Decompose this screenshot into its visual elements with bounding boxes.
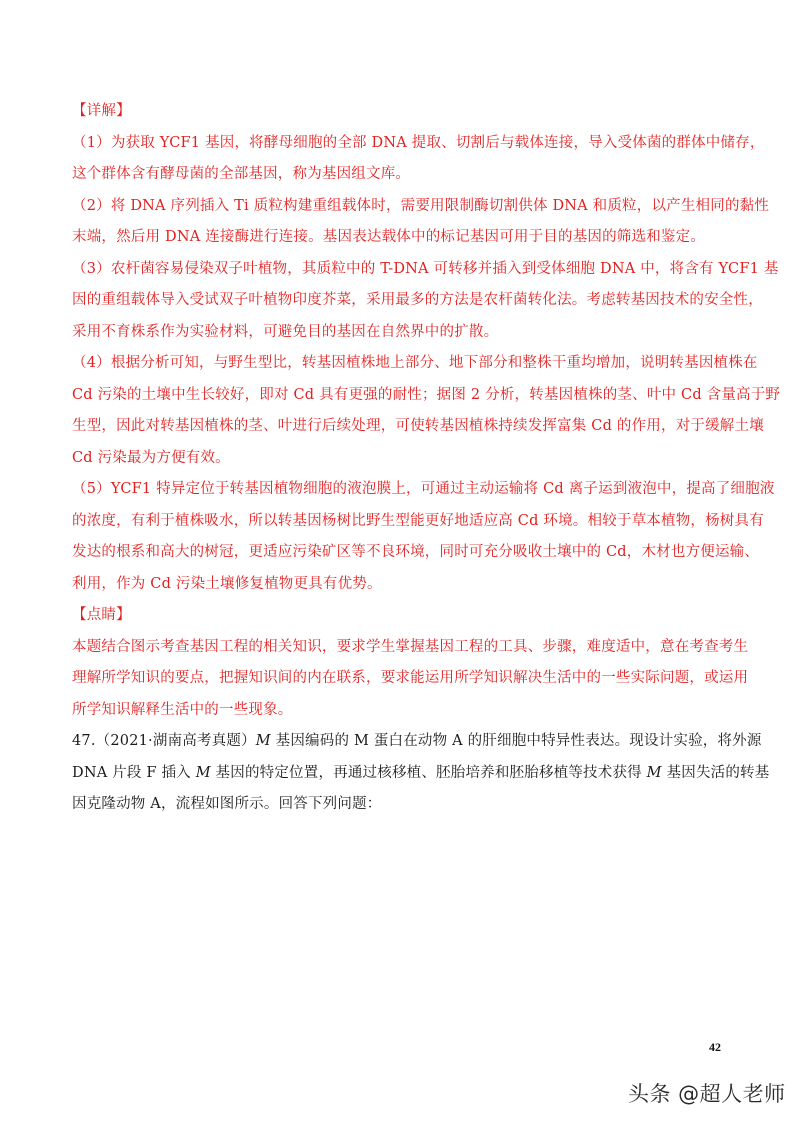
commentary-body: 本题结合图示考查基因工程的相关知识，要求学生掌握基因工程的工具、步骤，难度适中，…	[72, 632, 724, 727]
question-text: 基因失活的转基	[662, 765, 770, 781]
question-line: 47.（2021·湖南高考真题）M 基因编码的 M 蛋白在动物 A 的肝细胞中特…	[72, 726, 724, 758]
explanation-heading: 【详解】	[72, 96, 724, 128]
explanation-line: （1）为获取 YCF1 基因，将酵母细胞的全部 DNA 提取、切割后与载体连接，…	[72, 128, 724, 160]
explanation-line: （4）根据分析可知，与野生型比，转基因植株地上部分、地下部分和整株干重均增加，说…	[72, 348, 724, 380]
explanation-line: 采用不育株系作为实验材料，可避免目的基因在自然界中的扩散。	[72, 317, 724, 349]
gene-symbol-m: M	[647, 765, 662, 781]
question-47: 47.（2021·湖南高考真题）M 基因编码的 M 蛋白在动物 A 的肝细胞中特…	[72, 726, 724, 821]
commentary-line: 理解所学知识的要点，把握知识间的内在联系，要求能运用所学知识解决生活中的一些实际…	[72, 663, 724, 695]
commentary-line: 本题结合图示考查基因工程的相关知识，要求学生掌握基因工程的工具、步骤，难度适中，…	[72, 632, 724, 664]
explanation-line: 这个群体含有酵母菌的全部基因，称为基因组文库。	[72, 159, 724, 191]
commentary-heading: 【点睛】	[72, 600, 724, 632]
explanation-line: 末端，然后用 DNA 连接酶进行连接。基因表达载体中的标记基因可用于目的基因的筛…	[72, 222, 724, 254]
gene-symbol-m: M	[196, 765, 211, 781]
page-content: 【详解】 （1）为获取 YCF1 基因，将酵母细胞的全部 DNA 提取、切割后与…	[72, 96, 724, 821]
explanation-line: Cd 污染最为方便有效。	[72, 443, 724, 475]
explanation-line: （2）将 DNA 序列插入 Ti 质粒构建重组载体时，需要用限制酶切割供体 DN…	[72, 191, 724, 223]
explanation-line: 生型，因此对转基因植株的茎、叶进行后续处理，可使转基因植株持续发挥富集 Cd 的…	[72, 411, 724, 443]
explanation-line: Cd 污染的土壤中生长较好，即对 Cd 具有更强的耐性；据图 2 分析，转基因植…	[72, 380, 724, 412]
watermark: 头条 @超人老师	[628, 1078, 786, 1108]
question-text: 基因编码的 M 蛋白在动物 A 的肝细胞中特异性表达。现设计实验，将外源	[271, 733, 762, 749]
question-line: 因克隆动物 A，流程如图所示。回答下列问题：	[72, 789, 724, 821]
explanation-line: 发达的根系和高大的树冠，更适应污染矿区等不良环境，同时可充分吸收土壤中的 Cd，…	[72, 537, 724, 569]
explanation-body: （1）为获取 YCF1 基因，将酵母细胞的全部 DNA 提取、切割后与载体连接，…	[72, 128, 724, 601]
explanation-line: 因的重组载体导入受试双子叶植物印度芥菜，采用最多的方法是农杆菌转化法。考虑转基因…	[72, 285, 724, 317]
explanation-line: （5）YCF1 特异定位于转基因植物细胞的液泡膜上，可通过主动运输将 Cd 离子…	[72, 474, 724, 506]
explanation-line: （3）农杆菌容易侵染双子叶植物，其质粒中的 T-DNA 可转移并插入到受体细胞 …	[72, 254, 724, 286]
gene-symbol-m: M	[256, 733, 271, 749]
document-page: 【详解】 （1）为获取 YCF1 基因，将酵母细胞的全部 DNA 提取、切割后与…	[0, 0, 794, 1123]
question-text: 基因的特定位置，再通过核移植、胚胎培养和胚胎移植等技术获得	[211, 765, 647, 781]
commentary-line: 所学知识解释生活中的一些现象。	[72, 695, 724, 727]
question-line: DNA 片段 F 插入 M 基因的特定位置，再通过核移植、胚胎培养和胚胎移植等技…	[72, 758, 724, 790]
question-text: DNA 片段 F 插入	[72, 765, 196, 781]
explanation-line: 利用，作为 Cd 污染土壤修复植物更具有优势。	[72, 569, 724, 601]
question-number-source: 47.（2021·湖南高考真题）	[72, 733, 256, 749]
page-number: 42	[709, 1040, 721, 1055]
explanation-line: 的浓度，有利于植株吸水，所以转基因杨树比野生型能更好地适应高 Cd 环境。相较于…	[72, 506, 724, 538]
